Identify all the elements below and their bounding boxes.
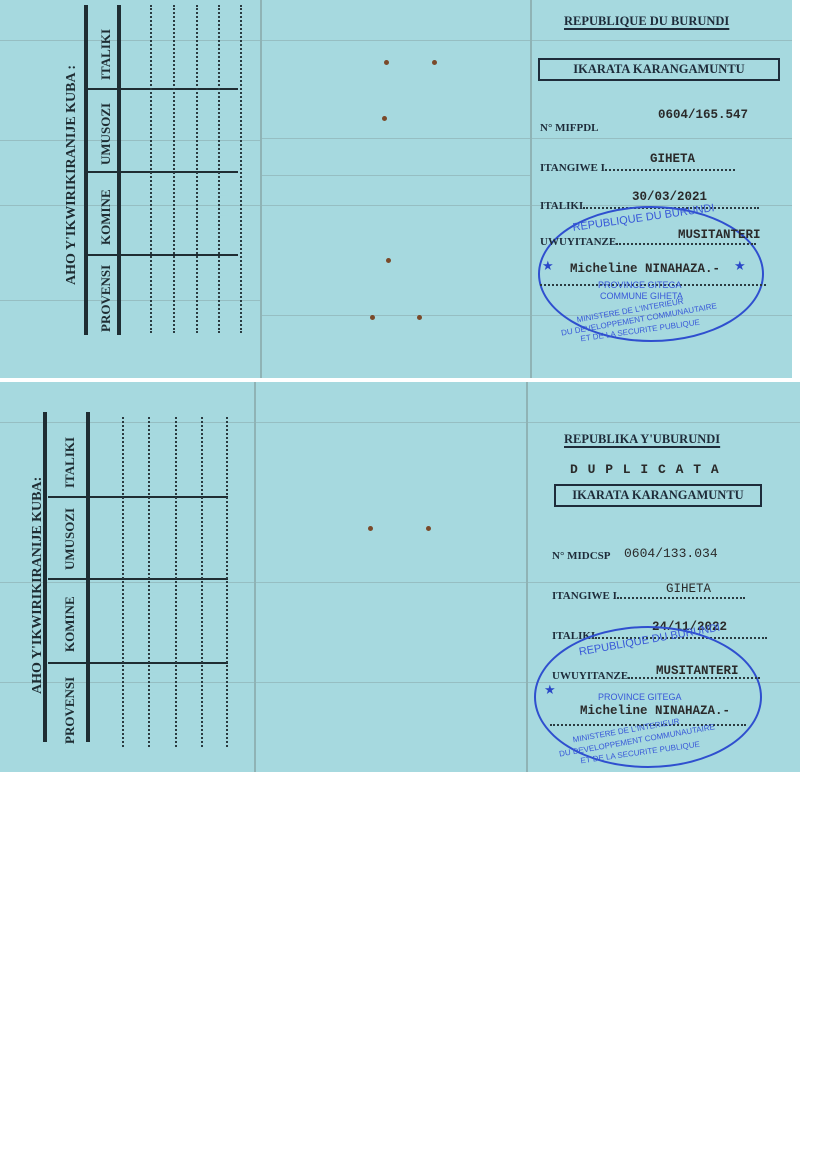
registration-table-panel: AHO Y'IKWIRIKIRANIJE KUBA : PROVENSI KOM… <box>0 0 262 378</box>
registration-table-panel: AHO Y'IKWIRIKIRANIJE KUBA: PROVENSI KOMI… <box>0 382 256 772</box>
stamp-star-icon: ★ <box>544 682 556 698</box>
table-border-header <box>117 5 121 335</box>
signatory-name: Micheline NINAHAZA.- <box>580 704 730 718</box>
column-italiki: ITALIKI <box>62 437 78 488</box>
issued-at-value: GIHETA <box>650 152 695 166</box>
blank-middle-panel <box>262 0 532 378</box>
card-number-value: 0604/165.547 <box>658 108 748 122</box>
column-komine: KOMINE <box>98 189 114 245</box>
document-type-box: IKARATA KARANGAMUNTU <box>554 484 762 507</box>
column-divider <box>86 171 238 173</box>
issuer-value: MUSITANTERI <box>678 228 761 242</box>
column-umusozi: UMUSOZI <box>62 508 78 570</box>
stamp-star-icon: ★ <box>734 258 746 274</box>
issued-at-field: ITANGIWE I <box>552 590 745 602</box>
card-number-label: N° MIDCSP <box>552 550 610 562</box>
id-card-original: AHO Y'IKWIRIKIRANIJE KUBA : PROVENSI KOM… <box>0 0 792 378</box>
column-provensi: PROVENSI <box>98 265 114 332</box>
duplicate-mark: D U P L I C A T A <box>570 462 720 477</box>
signatory-name: Micheline NINAHAZA.- <box>570 262 720 276</box>
date-value: 30/03/2021 <box>632 190 707 204</box>
country-heading: REPUBLIQUE DU BURUNDI <box>564 14 729 29</box>
column-provensi: PROVENSI <box>62 677 78 744</box>
column-divider <box>86 254 238 256</box>
country-heading: REPUBLIKA Y'UBURUNDI <box>564 432 720 447</box>
table-border-header <box>86 412 90 742</box>
stamp-province: PROVINCE GITEGA <box>598 692 682 702</box>
table-title: AHO Y'IKWIRIKIRANIJE KUBA : <box>64 65 80 285</box>
issuer-value: MUSITANTERI <box>656 664 739 678</box>
card-number-label: N° MIFPDL <box>540 122 598 134</box>
card-number-value: 0604/133.034 <box>624 546 718 561</box>
identity-details-panel: REPUBLIQUE DU BURUNDI IKARATA KARANGAMUN… <box>532 0 792 378</box>
issued-at-value: GIHETA <box>666 582 711 596</box>
column-divider <box>86 88 238 90</box>
table-title: AHO Y'IKWIRIKIRANIJE KUBA: <box>30 477 46 694</box>
issued-at-field: ITANGIWE I <box>540 162 735 174</box>
document-type-box: IKARATA KARANGAMUNTU <box>538 58 780 81</box>
id-card-duplicate: AHO Y'IKWIRIKIRANIJE KUBA: PROVENSI KOMI… <box>0 382 800 772</box>
blank-middle-panel <box>256 382 528 772</box>
stamp-province: PROVINCE GITEGA <box>598 280 682 290</box>
column-italiki: ITALIKI <box>98 29 114 80</box>
column-umusozi: UMUSOZI <box>98 103 114 165</box>
stamp-star-icon: ★ <box>542 258 554 274</box>
column-komine: KOMINE <box>62 596 78 652</box>
table-border-left <box>84 5 88 335</box>
identity-details-panel: REPUBLIKA Y'UBURUNDI D U P L I C A T A I… <box>528 382 800 772</box>
